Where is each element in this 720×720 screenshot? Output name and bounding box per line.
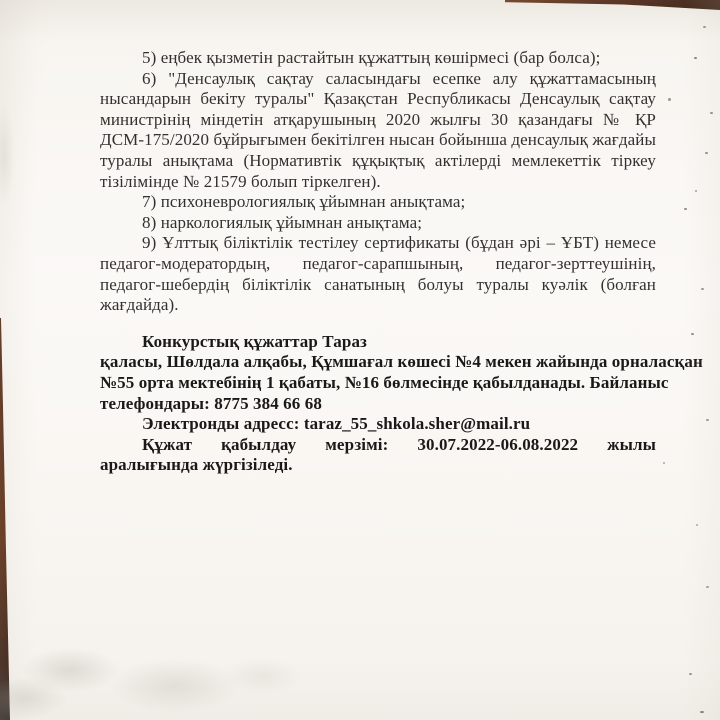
deadline-line: Құжат қабылдау мерзімі: 30.07.2022-06.08… — [100, 435, 656, 476]
dust-speck — [689, 673, 692, 675]
scanned-document-photo: 5) еңбек қызметін растайтын құжаттың көш… — [0, 0, 720, 720]
contact-line-1: Конкурстық құжаттар Тараз — [100, 332, 656, 353]
contact-address-block: Конкурстық құжаттар Тараз қаласы, Шөлдал… — [100, 332, 656, 414]
dust-speck — [703, 26, 706, 28]
dust-speck — [691, 333, 694, 335]
document-text-block: 5) еңбек қызметін растайтын құжаттың көш… — [100, 48, 656, 476]
dust-speck — [696, 524, 698, 526]
table-edge-left — [0, 318, 10, 720]
dust-speck — [705, 152, 708, 154]
table-edge-top — [505, 0, 720, 10]
dust-speck — [710, 112, 713, 114]
list-item-8: 8) наркологиялық ұйымнан анықтама; — [100, 213, 656, 234]
paper-shadow-bottom-left — [0, 628, 330, 720]
dust-speck — [668, 98, 671, 101]
dust-speck — [700, 711, 704, 713]
dust-speck — [684, 208, 687, 210]
dust-speck — [695, 190, 697, 192]
paper-smudge-top-left — [0, 80, 26, 230]
dust-speck — [663, 462, 665, 464]
dust-speck — [701, 288, 704, 290]
list-item-6: 6) "Денсаулық сақтау саласындағы есепке … — [100, 69, 656, 193]
contact-phone-line: телефондары: 8775 384 66 68 — [100, 394, 656, 415]
dust-speck — [706, 586, 709, 588]
list-item-5: 5) еңбек қызметін растайтын құжаттың көш… — [100, 48, 656, 69]
email-line: Электронды адресс: taraz_55_shkola.sher@… — [100, 414, 656, 435]
list-item-7: 7) психоневрологиялық ұйымнан анықтама; — [100, 192, 656, 213]
contact-line-3: №55 орта мектебінің 1 қабаты, №16 бөлмес… — [100, 373, 656, 394]
contact-line-2: қаласы, Шөлдала алқабы, Құмшағал көшесі … — [100, 352, 656, 373]
list-item-9: 9) Ұлттық біліктілік тестілеу сертификат… — [100, 233, 656, 315]
dust-speck — [706, 419, 709, 421]
dust-speck — [694, 57, 697, 59]
